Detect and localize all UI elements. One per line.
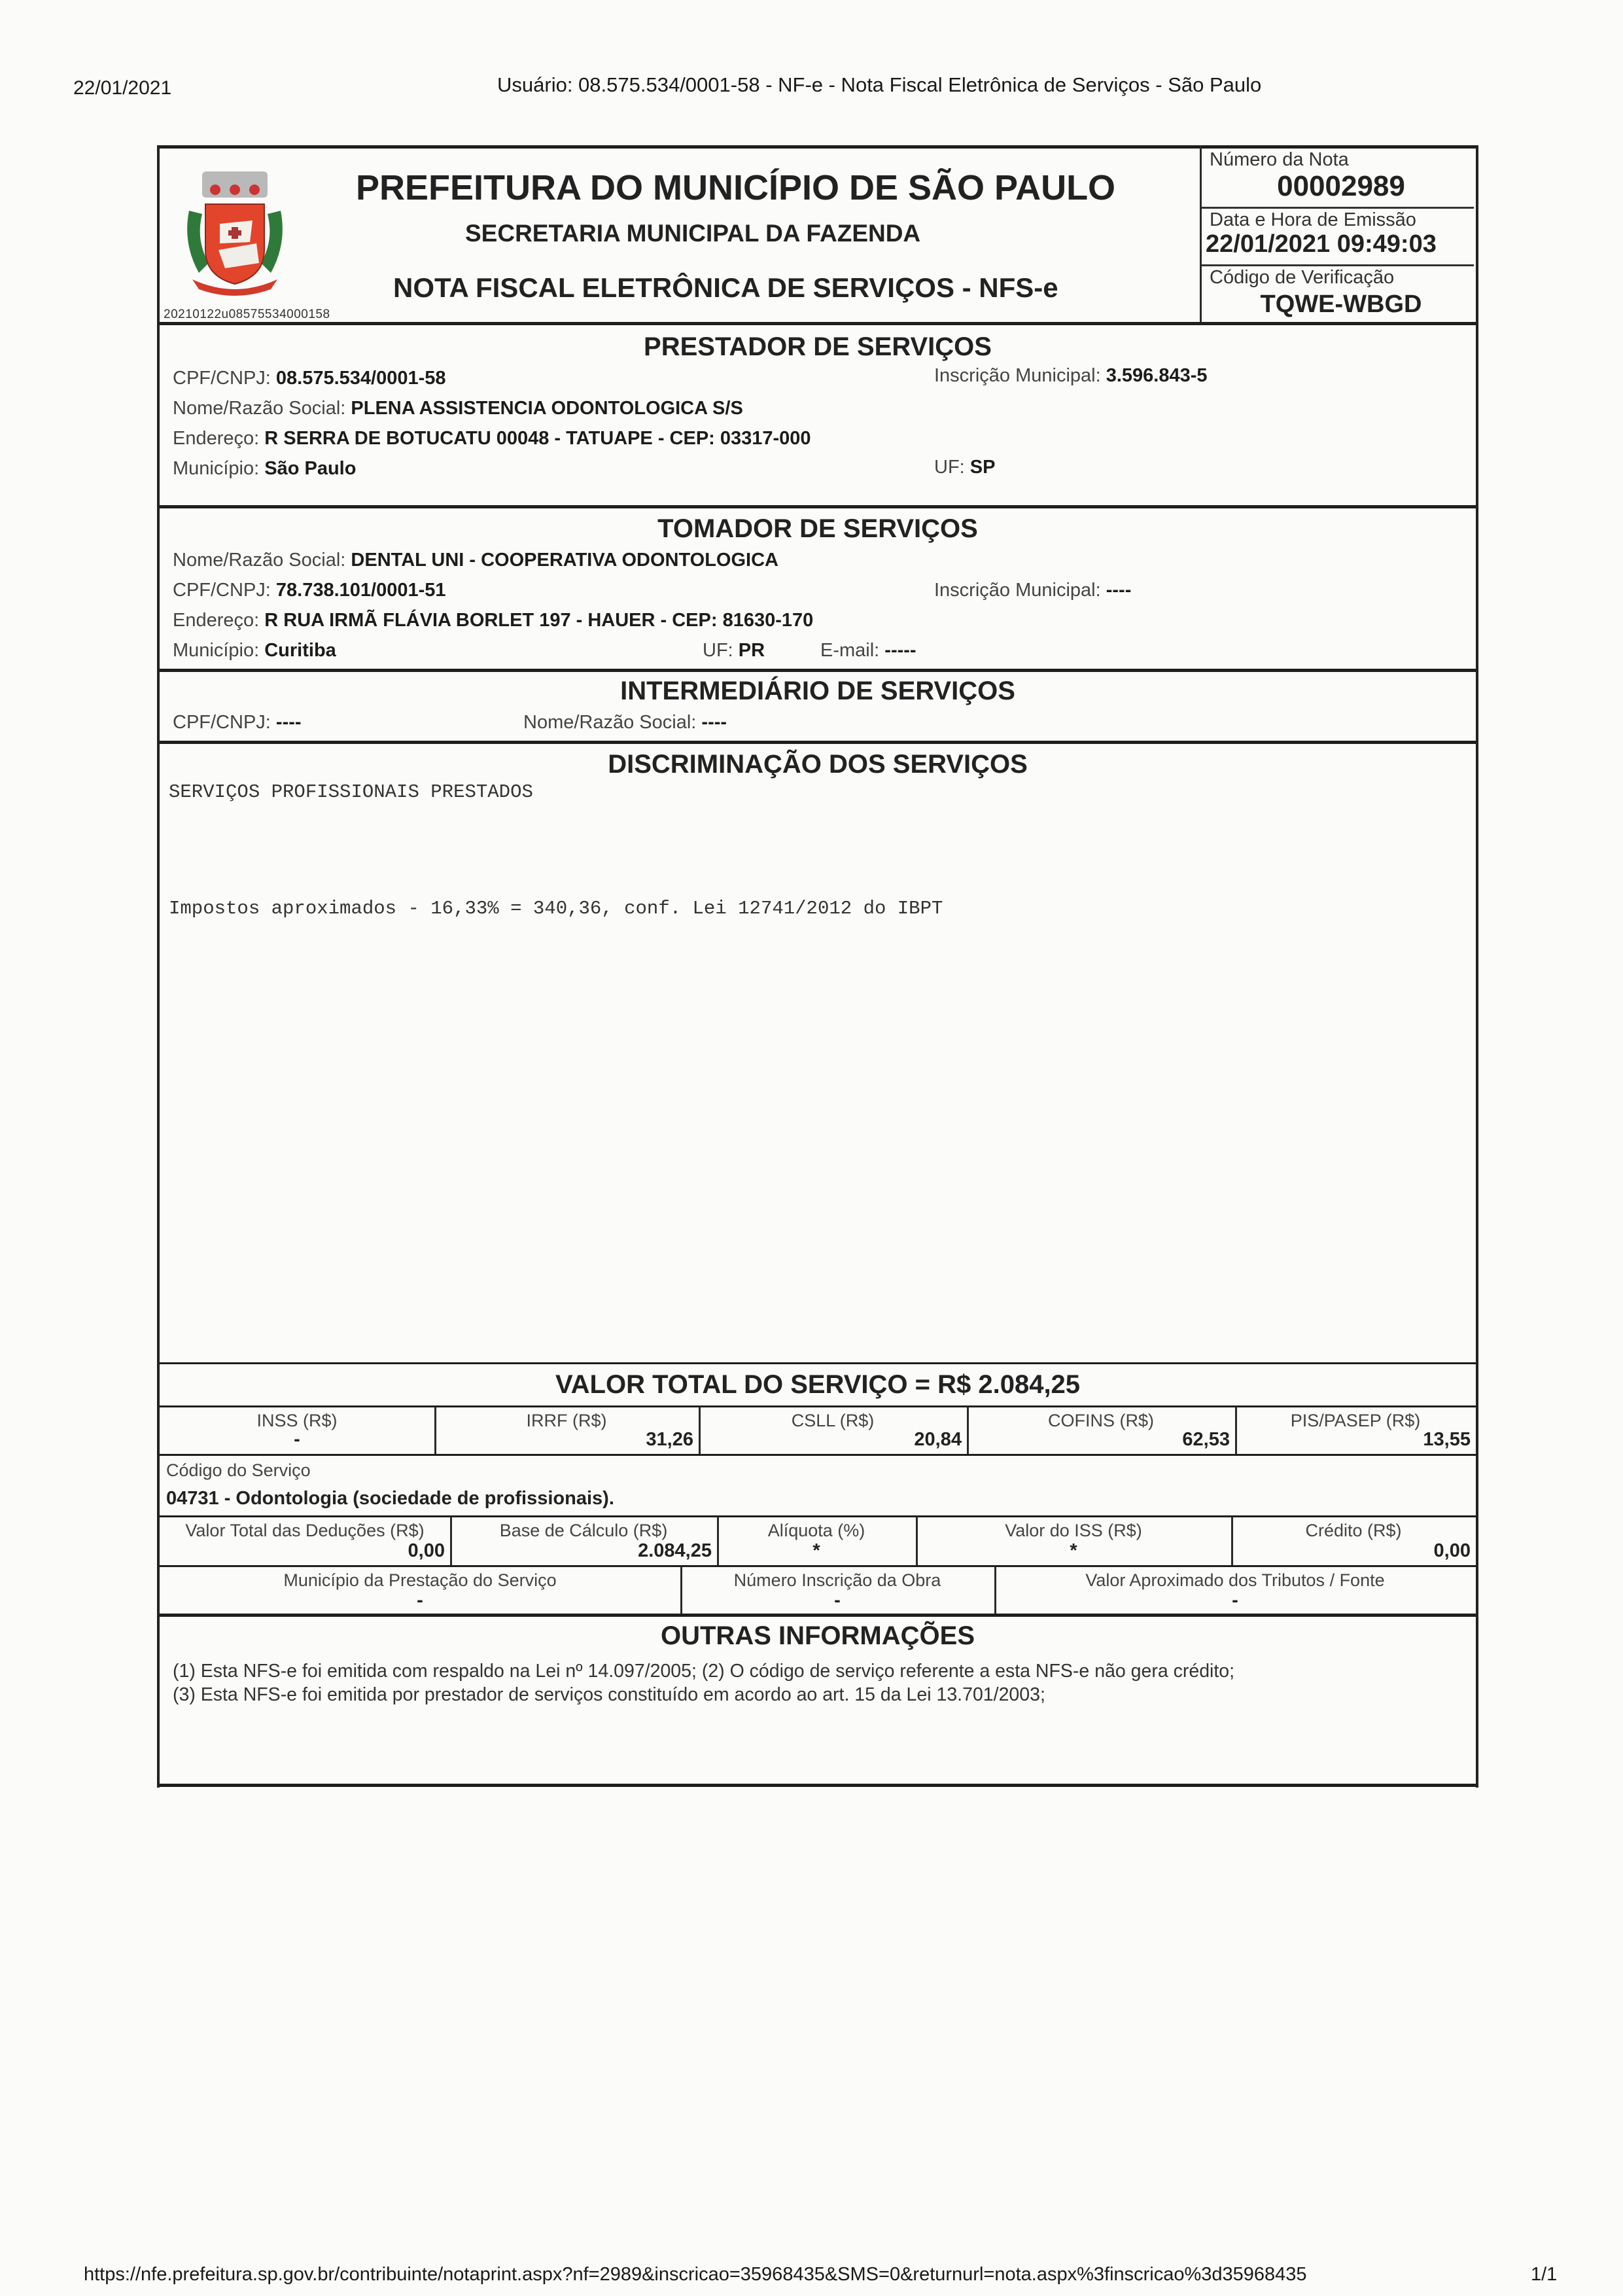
tributo-label: PIS/PASEP (R$) bbox=[1235, 1411, 1476, 1431]
emissao-value: 22/01/2021 09:49:03 bbox=[1202, 230, 1480, 258]
extra-label: Número Inscrição da Obra bbox=[680, 1570, 994, 1591]
verificacao-value: TQWE-WBGD bbox=[1202, 291, 1480, 319]
emissao-label: Data e Hora de Emissão bbox=[1210, 209, 1416, 231]
prestador-uf: UF: SP bbox=[934, 457, 995, 478]
prestador-nome: Nome/Razão Social: PLENA ASSISTENCIA ODO… bbox=[173, 398, 743, 419]
discriminacao-line: SERVIÇOS PROFISSIONAIS PRESTADOS bbox=[169, 781, 533, 803]
secretaria-subtitle: SECRETARIA MUNICIPAL DA FAZENDA bbox=[356, 220, 1324, 247]
print-page-number: 1/1 bbox=[1531, 2264, 1557, 2286]
tomador-municipio: Município: Curitiba bbox=[173, 640, 336, 662]
prestador-endereco: Endereço: R SERRA DE BOTUCATU 00048 - TA… bbox=[173, 428, 811, 450]
print-footer-url: https://nfe.prefeitura.sp.gov.br/contrib… bbox=[84, 2264, 1307, 2286]
numero-label: Número da Nota bbox=[1210, 149, 1349, 171]
outras-line: (1) Esta NFS-e foi emitida com respaldo … bbox=[173, 1661, 1234, 1682]
tomador-inscricao: Inscrição Municipal: ---- bbox=[934, 580, 1131, 601]
coat-of-arms-icon bbox=[179, 165, 290, 296]
tributo-value: 62,53 bbox=[967, 1429, 1230, 1451]
calculo-value: * bbox=[916, 1540, 1231, 1562]
tomador-cnpj: CPF/CNPJ: 78.738.101/0001-51 bbox=[173, 580, 446, 601]
tomador-email: E-mail: ----- bbox=[820, 640, 916, 662]
tomador-endereco: Endereço: R RUA IRMÃ FLÁVIA BORLET 197 -… bbox=[173, 610, 813, 631]
tributo-label: INSS (R$) bbox=[160, 1411, 434, 1431]
calculo-value: * bbox=[717, 1540, 916, 1562]
prestador-inscricao: Inscrição Municipal: 3.596.843-5 bbox=[934, 365, 1208, 387]
calculo-value: 0,00 bbox=[160, 1540, 445, 1562]
extra-value: - bbox=[160, 1590, 680, 1612]
note-info-box: Número da Nota 00002989 Data e Hora de E… bbox=[1200, 145, 1480, 322]
prestador-cnpj: CPF/CNPJ: 08.575.534/0001-58 bbox=[173, 368, 446, 389]
document-title: NOTA FISCAL ELETRÔNICA DE SERVIÇOS - NFS… bbox=[356, 272, 1324, 304]
tributo-label: CSLL (R$) bbox=[699, 1411, 967, 1431]
discriminacao-line: Impostos aproximados - 16,33% = 340,36, … bbox=[169, 898, 943, 919]
tributo-label: IRRF (R$) bbox=[434, 1411, 699, 1431]
calculo-label: Crédito (R$) bbox=[1231, 1521, 1476, 1541]
print-page-title: Usuário: 08.575.534/0001-58 - NF-e - Not… bbox=[497, 73, 1261, 97]
extra-label: Valor Aproximado dos Tributos / Fonte bbox=[994, 1570, 1476, 1591]
numero-value: 00002989 bbox=[1202, 170, 1480, 203]
tomador-nome: Nome/Razão Social: DENTAL UNI - COOPERAT… bbox=[173, 550, 778, 571]
verificacao-label: Código de Verificação bbox=[1210, 267, 1394, 289]
calculo-label: Base de Cálculo (R$) bbox=[450, 1521, 717, 1541]
print-date: 22/01/2021 bbox=[73, 77, 171, 99]
codigo-servico-value: 04731 - Odontologia (sociedade de profis… bbox=[166, 1488, 614, 1510]
tomador-uf: UF: PR bbox=[703, 640, 765, 662]
nfse-document: 20210122u08575534000158 PREFEITURA DO MU… bbox=[157, 145, 1478, 1788]
intermediario-nome: Nome/Razão Social: ---- bbox=[523, 712, 727, 733]
intermediario-cnpj: CPF/CNPJ: ---- bbox=[173, 712, 302, 733]
calculo-label: Valor do ISS (R$) bbox=[916, 1521, 1231, 1541]
outras-title: OUTRAS INFORMAÇÕES bbox=[160, 1621, 1476, 1651]
tomador-title: TOMADOR DE SERVIÇOS bbox=[160, 514, 1476, 544]
extra-value: - bbox=[994, 1590, 1476, 1612]
calculo-value: 0,00 bbox=[1231, 1540, 1471, 1562]
tributo-value: - bbox=[160, 1429, 434, 1451]
tributo-value: 31,26 bbox=[434, 1429, 693, 1451]
tributo-value: 13,55 bbox=[1235, 1429, 1471, 1451]
codigo-servico-label: Código do Serviço bbox=[166, 1460, 311, 1481]
tributo-value: 20,84 bbox=[699, 1429, 962, 1451]
prefeitura-title: PREFEITURA DO MUNICÍPIO DE SÃO PAULO bbox=[356, 168, 1324, 208]
intermediario-title: INTERMEDIÁRIO DE SERVIÇOS bbox=[160, 677, 1476, 706]
extra-label: Município da Prestação do Serviço bbox=[160, 1570, 680, 1591]
prestador-title: PRESTADOR DE SERVIÇOS bbox=[160, 332, 1476, 362]
extra-value: - bbox=[680, 1590, 994, 1612]
prestador-municipio: Município: São Paulo bbox=[173, 458, 356, 480]
calculo-label: Alíquota (%) bbox=[717, 1521, 916, 1541]
tributo-label: COFINS (R$) bbox=[967, 1411, 1235, 1431]
calculo-value: 2.084,25 bbox=[450, 1540, 712, 1562]
valor-total: VALOR TOTAL DO SERVIÇO = R$ 2.084,25 bbox=[160, 1370, 1476, 1400]
outras-line: (3) Esta NFS-e foi emitida por prestador… bbox=[173, 1684, 1045, 1706]
barcode-text: 20210122u08575534000158 bbox=[164, 308, 330, 322]
calculo-label: Valor Total das Deduções (R$) bbox=[160, 1521, 450, 1541]
discriminacao-title: DISCRIMINAÇÃO DOS SERVIÇOS bbox=[160, 750, 1476, 779]
